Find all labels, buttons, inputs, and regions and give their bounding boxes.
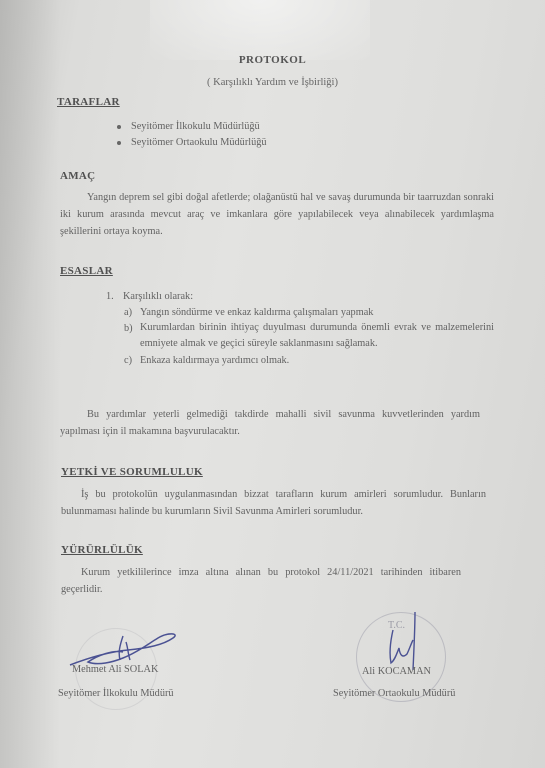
document-title: PROTOKOL xyxy=(0,54,545,66)
subitem-text: Kurumlardan birinin ihtiyaç duyulması du… xyxy=(140,320,494,352)
bullet-icon xyxy=(117,141,121,145)
heading-yururluk: YÜRÜRLÜLÜK xyxy=(61,544,143,556)
party-item: Seyitömer Ortaokulu Müdürlüğü xyxy=(117,137,267,148)
subitem-marker: c) xyxy=(124,355,132,366)
heading-amac: AMAÇ xyxy=(60,170,95,182)
page-highlight xyxy=(150,0,370,60)
heading-yetki: YETKİ VE SORUMLULUK xyxy=(61,466,203,478)
yetki-paragraph: İş bu protokolün uygulanmasından bizzat … xyxy=(61,486,486,520)
signatory-title: Seyitömer Ortaokulu Müdürü xyxy=(333,688,455,699)
page-shadow xyxy=(0,0,60,768)
subitem-marker: a) xyxy=(124,307,132,318)
yururluk-paragraph: Kurum yetkililerince imza altına alınan … xyxy=(61,564,461,598)
esaslar-item-number: 1. xyxy=(106,291,114,302)
amac-paragraph: Yangın deprem sel gibi doğal afetlerde; … xyxy=(60,189,494,240)
esaslar-note: Bu yardımlar yeterli gelmediği takdirde … xyxy=(60,406,480,440)
esaslar-item-label: Karşılıklı olarak: xyxy=(123,291,193,302)
document-subtitle: ( Karşılıklı Yardım ve İşbirliği) xyxy=(0,77,545,88)
signatory-name: Ali KOCAMAN xyxy=(362,666,431,677)
subitem-marker: b) xyxy=(124,323,133,334)
signatory-name: Mehmet Ali SOLAK xyxy=(72,664,158,675)
heading-esaslar: ESASLAR xyxy=(60,265,113,277)
signatory-title: Seyitömer İlkokulu Müdürü xyxy=(58,688,174,699)
subitem-text: Enkaza kaldırmaya yardımcı olmak. xyxy=(140,355,289,366)
heading-taraflar: TARAFLAR xyxy=(57,96,120,108)
subitem-text: Yangın söndürme ve enkaz kaldırma çalışm… xyxy=(140,307,373,318)
bullet-icon xyxy=(117,125,121,129)
party-item: Seyitömer İlkokulu Müdürlüğü xyxy=(117,121,260,132)
